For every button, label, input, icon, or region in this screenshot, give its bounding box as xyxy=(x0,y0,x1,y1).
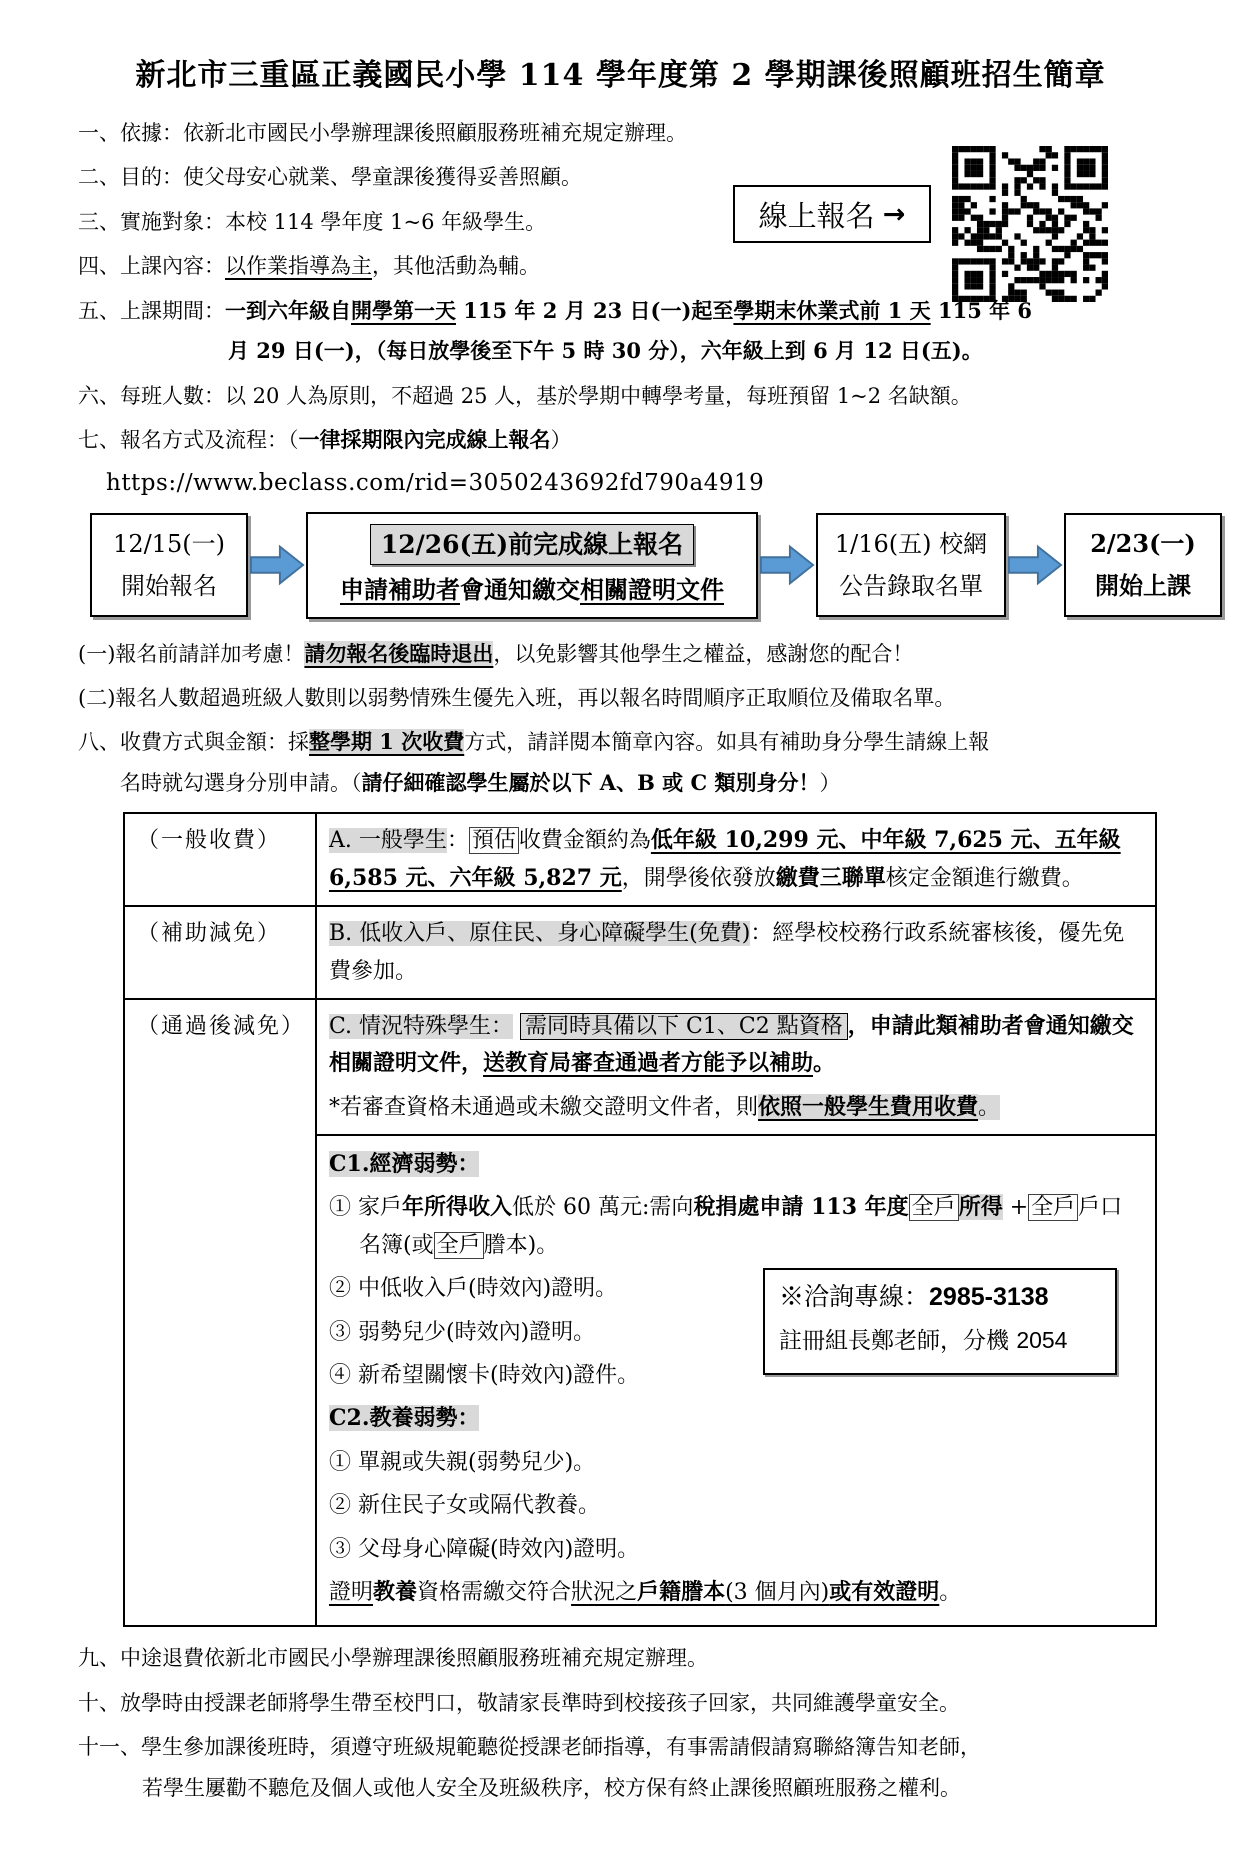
c2-item-2: ② 新住民子女或隔代教養。 xyxy=(329,1487,1143,1524)
c2-header: C2.教養弱勢： xyxy=(329,1400,1143,1437)
flow-arrow-icon xyxy=(1007,542,1063,588)
fee-row-b-label: （補助減免） xyxy=(125,905,317,998)
online-signup-label: 線上報名 xyxy=(759,194,875,235)
contact-phone-line: ※洽詢專線：2985-3138 xyxy=(779,1278,1101,1317)
document-page: 新北市三重區正義國民小學 114 學年度第 2 學期課後照顧班招生簡章 線上報名… xyxy=(0,0,1241,1857)
page-title: 新北市三重區正義國民小學 114 學年度第 2 學期課後照顧班招生簡章 xyxy=(78,50,1163,94)
contact-person-line: 註冊組長鄭老師，分機 2054 xyxy=(779,1323,1101,1360)
fee-row-a-content: A. 一般學生：預估收費金額約為低年級 10,299 元、中年級 7,625 元… xyxy=(317,814,1155,905)
flow-step-label: 公告錄取名單 xyxy=(822,565,1000,607)
flow-arrow-icon xyxy=(759,542,815,588)
fee-row-c-intro: C. 情況特殊學生： 需同時具備以下 C1、C2 點資格，申請此類補助者會通知繳… xyxy=(329,1008,1143,1083)
fee-row-a-text: A. 一般學生：預估收費金額約為低年級 10,299 元、中年級 7,625 元… xyxy=(329,822,1143,897)
flow-deadline-note: 申請補助者會通知繳交相關證明文件 xyxy=(314,573,750,607)
c2-item-1: ① 單親或失親(弱勢兒少)。 xyxy=(329,1444,1143,1481)
right-arrow-icon: → xyxy=(883,199,906,230)
fee-table: （一般收費） A. 一般學生：預估收費金額約為低年級 10,299 元、中年級 … xyxy=(123,812,1157,1627)
c1-header: C1.經濟弱勢： xyxy=(329,1146,1143,1183)
qr-code xyxy=(952,146,1108,302)
c1-item-1: ① 家戶年所得收入低於 60 萬元:需向稅捐處申請 113 年度全戶所得 +全戶… xyxy=(329,1189,1143,1264)
flow-step-date: 1/16(五) 校網 xyxy=(822,523,1000,565)
fee-row-c-warning: *若審查資格未通過或未繳交證明文件者，則依照一般學生費用收費。 xyxy=(329,1089,1143,1126)
registration-url-link[interactable]: https://www.beclass.com/rid=3050243692fd… xyxy=(78,470,1163,496)
flow-step-date: 12/15(一) xyxy=(96,523,242,565)
fee-row-b-text: B. 低收入戶、原住民、身心障礙學生(免費)：經學校校務行政系統審核後，優先免費… xyxy=(329,915,1143,990)
online-signup-button[interactable]: 線上報名 → xyxy=(733,185,931,243)
fee-row-c-content: C. 情況特殊學生： 需同時具備以下 C1、C2 點資格，申請此類補助者會通知繳… xyxy=(317,998,1155,1625)
flow-step-class-start: 2/23(一) 開始上課 xyxy=(1064,513,1222,617)
fee-row-c-footer: 證明教養資格需繳交符合狀況之戶籍謄本(3 個月內)或有效證明。 xyxy=(329,1574,1143,1611)
item-6-class-size: 六、每班人數：以 20 人為原則，不超過 25 人，基於學期中轉學考量，每班預留… xyxy=(78,381,1163,411)
note-2: (二)報名人數超過班級人數則以弱勢情殊生優先入班，再以報名時間順序正取順位及備取… xyxy=(78,683,1163,713)
item-11-rules-line2: 若學生屢勸不聽危及個人或他人安全及班級秩序，校方保有終止課後照顧班服務之權利。 xyxy=(78,1773,1163,1803)
flow-arrow-icon xyxy=(249,542,305,588)
flow-step-label: 開始上課 xyxy=(1070,565,1216,607)
item-9-refund: 九、中途退費依新北市國民小學辦理課後照顧服務班補充規定辦理。 xyxy=(78,1643,1163,1673)
fee-row-c-label: （通過後減免） xyxy=(125,998,317,1625)
flow-step-label: 開始報名 xyxy=(96,565,242,607)
item-8-fees-line2: 名時就勾選身分別申請。（請仔細確認學生屬於以下 A、B 或 C 類別身分！） xyxy=(78,768,1163,798)
note-1: (一)報名前請詳加考慮！請勿報名後臨時退出，以免影響其他學生之權益，感謝您的配合… xyxy=(78,639,1163,669)
item-10-pickup: 十、放學時由授課老師將學生帶至校門口，敬請家長準時到校接孩子回家，共同維護學童安… xyxy=(78,1688,1163,1718)
flow-step-announce: 1/16(五) 校網 公告錄取名單 xyxy=(816,513,1006,617)
flow-step-start-signup: 12/15(一) 開始報名 xyxy=(90,513,248,617)
signup-flowchart: 12/15(一) 開始報名 12/26(五)前完成線上報名 申請補助者會通知繳交… xyxy=(90,512,1163,619)
fee-row-c-divider xyxy=(317,1134,1155,1136)
flow-step-deadline: 12/26(五)前完成線上報名 申請補助者會通知繳交相關證明文件 xyxy=(306,512,758,619)
item-7-registration: 七、報名方式及流程：（一律採期限內完成線上報名） xyxy=(78,425,1163,455)
c2-item-3: ③ 父母身心障礙(時效內)證明。 xyxy=(329,1531,1143,1568)
fee-row-b-content: B. 低收入戶、原住民、身心障礙學生(免費)：經學校校務行政系統審核後，優先免費… xyxy=(317,905,1155,998)
flow-deadline-highlight: 12/26(五)前完成線上報名 xyxy=(370,524,694,566)
item-11-rules-line1: 十一、學生參加課後班時，須遵守班級規範聽從授課老師指導，有事需請假請寫聯絡簿告知… xyxy=(78,1732,1163,1762)
fee-row-a-label: （一般收費） xyxy=(125,814,317,905)
flow-step-date: 2/23(一) xyxy=(1070,523,1216,565)
contact-box: ※洽詢專線：2985-3138 註冊組長鄭老師，分機 2054 xyxy=(763,1268,1117,1375)
item-8-fees-line1: 八、收費方式與金額：採整學期 1 次收費方式，請詳閱本簡章內容。如具有補助身分學… xyxy=(78,727,1163,757)
item-5-period-line2: 月 29 日(一)，（每日放學後至下午 5 時 30 分），六年級上到 6 月 … xyxy=(78,336,1163,366)
item-1-basis: 一、依據：依新北市國民小學辦理課後照顧服務班補充規定辦理。 xyxy=(78,118,1163,148)
